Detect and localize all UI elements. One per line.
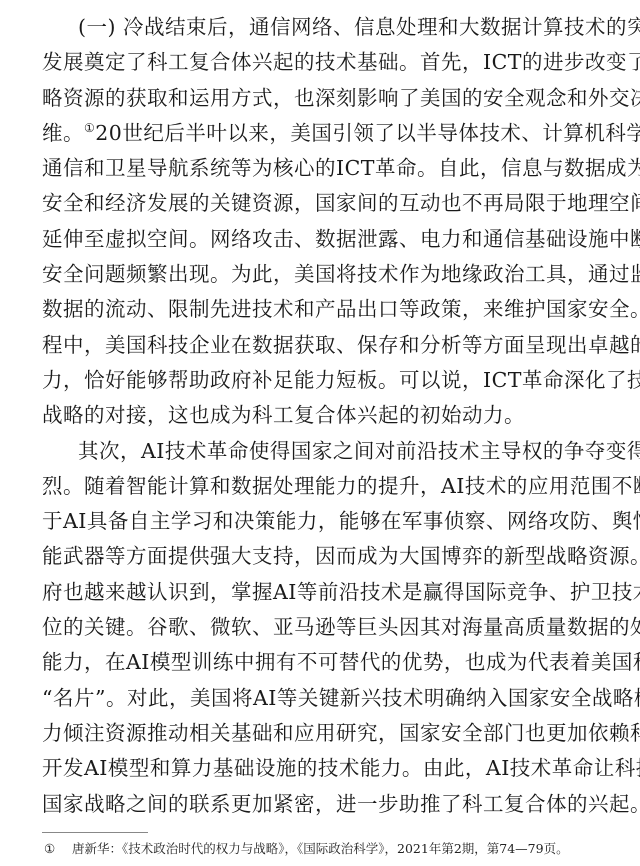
text-fragment: 20世纪后半叶以来，美国引领了以半导体技术、计算机科学、互联网 [95,121,640,145]
text-line: 维。①20世纪后半叶以来，美国引领了以半导体技术、计算机科学、互联网 [42,116,602,151]
text-line: 略资源的获取和运用方式，也深刻影响了美国的安全观念和外交决策思 [42,81,602,116]
text-line: 其次，AI技术革命使得国家之间对前沿技术主导权的争夺变得更加激 [42,434,602,469]
text-line: 程中，美国科技企业在数据获取、保存和分析等方面呈现出卓越的技术能 [42,328,602,363]
text-line: 开发AI模型和算力基础设施的技术能力。由此，AI技术革命让科技、资本和 [42,751,602,786]
text-line: 位的关键。谷歌、微软、亚马逊等巨头因其对海量高质量数据的处理和分析 [42,610,602,645]
text-line: 通信和卫星导航系统等为核心的ICT革命。自此，信息与数据成为影响国家 [42,151,602,186]
text-line: 力倾注资源推动相关基础和应用研究，国家安全部门也更加依赖科技企业 [42,716,602,751]
text-line: 府也越来越认识到，掌握AI等前沿技术是赢得国际竞争、护卫技术霸权地 [42,575,602,610]
text-line: 烈。随着智能计算和数据处理能力的提升，AI技术的应用范围不断扩大。由 [42,469,602,504]
body-text: (一) 冷战结束后，通信网络、信息处理和大数据计算技术的突破性 发展奠定了科工复… [42,10,602,822]
paragraph-2: 其次，AI技术革命使得国家之间对前沿技术主导权的争夺变得更加激 烈。随着智能计算… [42,434,602,822]
text-line: “名片”。对此，美国将AI等关键新兴技术明确纳入国家安全战略框架，大 [42,681,602,716]
footnote-divider [42,832,148,833]
text-line: 安全问题频繁出现。为此，美国将技术作为地缘政治工具，通过监控全球 [42,257,602,292]
text-line: 能武器等方面提供强大支持，因而成为大国博弈的新型战略资源。美国政 [42,539,602,574]
footnote-text: 唐新华：《技术政治时代的权力与战略》，《国际政治科学》，2021年第2期，第74… [72,841,569,856]
footnote: ①唐新华：《技术政治时代的权力与战略》，《国际政治科学》，2021年第2期，第7… [44,840,569,858]
text-line: 力，恰好能够帮助政府补足能力短板。可以说，ICT革命深化了技术与国家 [42,363,602,398]
paragraph-1: (一) 冷战结束后，通信网络、信息处理和大数据计算技术的突破性 发展奠定了科工复… [42,10,602,434]
text-line: 能力，在AI模型训练中拥有不可替代的优势，也成为代表着美国科技实力的 [42,645,602,680]
text-line: (一) 冷战结束后，通信网络、信息处理和大数据计算技术的突破性 [42,10,602,45]
text-line: 发展奠定了科工复合体兴起的技术基础。首先，ICT的进步改变了传统战 [42,45,602,80]
text-line: 延伸至虚拟空间。网络攻击、数据泄露、电力和通信基础设施中断等非传统 [42,222,602,257]
text-line: 数据的流动、限制先进技术和产品出口等政策，来维护国家安全。在这一过 [42,292,602,327]
text-line: 国家战略之间的联系更加紧密，进一步助推了科工复合体的兴起。 [42,787,602,822]
text-line: 战略的对接，这也成为科工复合体兴起的初始动力。 [42,398,602,433]
document-page: (一) 冷战结束后，通信网络、信息处理和大数据计算技术的突破性 发展奠定了科工复… [0,0,640,866]
text-fragment: 维。 [42,121,84,145]
footnote-reference[interactable]: ① [84,121,95,135]
footnote-mark: ① [44,840,72,858]
text-line: 于AI具备自主学习和决策能力，能够在军事侦察、网络攻防、舆情监控、智 [42,504,602,539]
text-line: 安全和经济发展的关键资源，国家间的互动也不再局限于地理空间，而是 [42,186,602,221]
